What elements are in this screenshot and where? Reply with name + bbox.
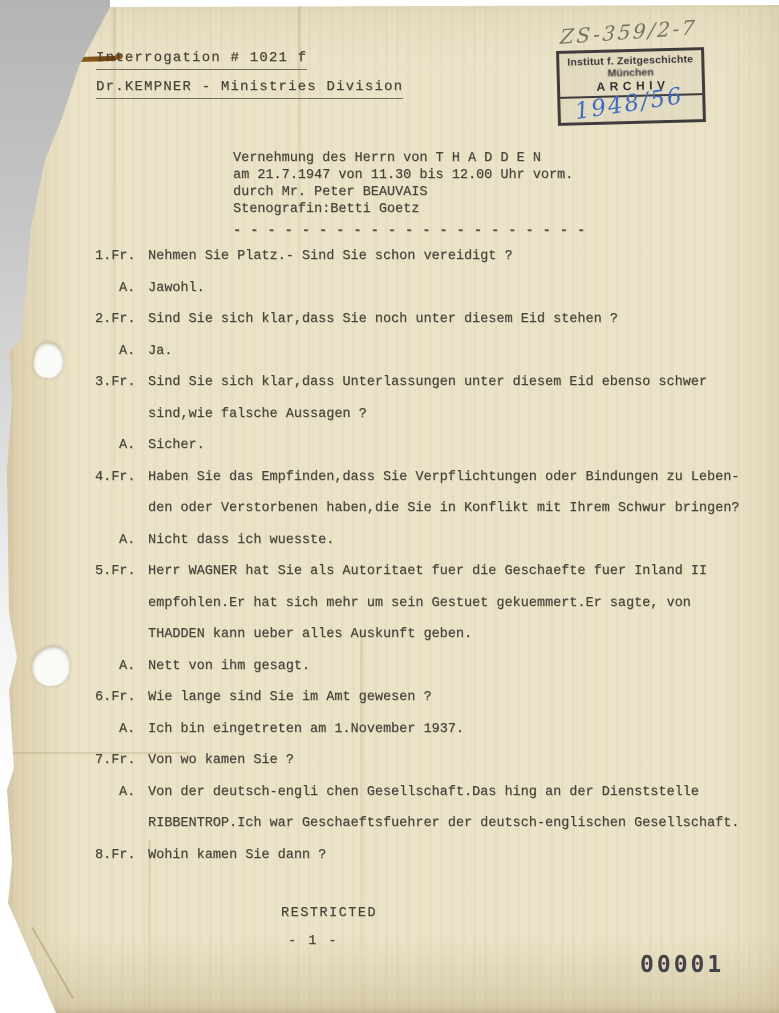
qa-text: Von der deutsch-engli chen Gesellschaft.… bbox=[148, 777, 767, 840]
question-label: 6.Fr. bbox=[95, 682, 148, 714]
qa-line: Herr WAGNER hat Sie als Autoritaet fuer … bbox=[148, 556, 767, 588]
qa-line: den oder Verstorbenen haben,die Sie in K… bbox=[148, 493, 767, 525]
question-label: 1.Fr. bbox=[95, 241, 148, 273]
interrogator-line: Dr.KEMPNER - Ministries Division bbox=[96, 79, 403, 99]
qa-text: Wie lange sind Sie im Amt gewesen ? bbox=[148, 682, 767, 714]
qa-row: A.Jawohl. bbox=[95, 273, 767, 305]
qa-line: Von der deutsch-engli chen Gesellschaft.… bbox=[148, 777, 767, 809]
qa-line: THADDEN kann ueber alles Auskunft geben. bbox=[148, 619, 767, 651]
qa-row: A.Nett von ihm gesagt. bbox=[95, 651, 767, 683]
qa-line: Haben Sie das Empfinden,dass Sie Verpfli… bbox=[148, 462, 767, 494]
qa-row: A.Nicht dass ich wuesste. bbox=[95, 525, 767, 557]
qa-row: A.Ich bin eingetreten am 1.November 1937… bbox=[95, 714, 767, 746]
qa-row: 4.Fr.Haben Sie das Empfinden,dass Sie Ve… bbox=[95, 462, 767, 525]
question-label: 8.Fr. bbox=[95, 840, 148, 872]
session-line: Vernehmung des Herrn von T H A D D E N bbox=[233, 150, 586, 167]
classification-marking: RESTRICTED bbox=[281, 906, 377, 921]
qa-row: 6.Fr.Wie lange sind Sie im Amt gewesen ? bbox=[95, 682, 767, 714]
qa-text: Haben Sie das Empfinden,dass Sie Verpfli… bbox=[148, 462, 767, 525]
qa-line: Von wo kamen Sie ? bbox=[148, 745, 767, 777]
qa-text: Wohin kamen Sie dann ? bbox=[148, 840, 767, 872]
qa-line: empfohlen.Er hat sich mehr um sein Gestu… bbox=[148, 588, 767, 620]
qa-line: Nehmen Sie Platz.- Sind Sie schon vereid… bbox=[148, 241, 767, 273]
qa-line: sind,wie falsche Aussagen ? bbox=[148, 399, 767, 431]
qa-text: Von wo kamen Sie ? bbox=[148, 745, 767, 777]
answer-label: A. bbox=[95, 273, 148, 305]
session-line: Stenografin:Betti Goetz bbox=[233, 201, 586, 218]
qa-row: 8.Fr.Wohin kamen Sie dann ? bbox=[95, 840, 767, 872]
document-header: Interrogation # 1021 f Dr.KEMPNER - Mini… bbox=[96, 50, 403, 99]
question-label: 7.Fr. bbox=[95, 745, 148, 777]
session-block: Vernehmung des Herrn von T H A D D E Nam… bbox=[233, 150, 586, 240]
qa-text: Sind Sie sich klar,dass Sie noch unter d… bbox=[148, 304, 767, 336]
session-lines: Vernehmung des Herrn von T H A D D E Nam… bbox=[233, 150, 586, 218]
qa-line: Sicher. bbox=[148, 430, 767, 462]
qa-row: 1.Fr.Nehmen Sie Platz.- Sind Sie schon v… bbox=[95, 241, 767, 273]
qa-row: A.Von der deutsch-engli chen Gesellschaf… bbox=[95, 777, 767, 840]
qa-text: Nicht dass ich wuesste. bbox=[148, 525, 767, 557]
qa-row: 2.Fr.Sind Sie sich klar,dass Sie noch un… bbox=[95, 304, 767, 336]
qa-text: Ich bin eingetreten am 1.November 1937. bbox=[148, 714, 767, 746]
archive-stamp: Institut f. Zeitgeschichte München ARCHI… bbox=[556, 47, 706, 126]
answer-label: A. bbox=[95, 777, 148, 809]
qa-text: Ja. bbox=[148, 336, 767, 368]
page-number: - 1 - bbox=[288, 934, 339, 949]
qa-text: Nett von ihm gesagt. bbox=[148, 651, 767, 683]
qa-line: Nicht dass ich wuesste. bbox=[148, 525, 767, 557]
answer-label: A. bbox=[95, 714, 148, 746]
qa-text: Herr WAGNER hat Sie als Autoritaet fuer … bbox=[148, 556, 767, 651]
answer-label: A. bbox=[95, 651, 148, 683]
qa-line: Jawohl. bbox=[148, 273, 767, 305]
question-label: 4.Fr. bbox=[95, 462, 148, 494]
question-label: 5.Fr. bbox=[95, 556, 148, 588]
qa-line: Ich bin eingetreten am 1.November 1937. bbox=[148, 714, 767, 746]
qa-line: Ja. bbox=[148, 336, 767, 368]
qa-list: 1.Fr.Nehmen Sie Platz.- Sind Sie schon v… bbox=[95, 241, 767, 871]
question-label: 3.Fr. bbox=[95, 367, 148, 399]
qa-line: Nett von ihm gesagt. bbox=[148, 651, 767, 683]
qa-text: Sind Sie sich klar,dass Unterlassungen u… bbox=[148, 367, 767, 430]
archive-stamp-number-box: 1948/56 bbox=[560, 95, 703, 123]
qa-line: Sind Sie sich klar,dass Unterlassungen u… bbox=[148, 367, 767, 399]
answer-label: A. bbox=[95, 336, 148, 368]
qa-line: Wohin kamen Sie dann ? bbox=[148, 840, 767, 872]
session-line: am 21.7.1947 von 11.30 bis 12.00 Uhr vor… bbox=[233, 167, 586, 184]
qa-line: Wie lange sind Sie im Amt gewesen ? bbox=[148, 682, 767, 714]
qa-row: 5.Fr.Herr WAGNER hat Sie als Autoritaet … bbox=[95, 556, 767, 651]
document-page: Interrogation # 1021 f Dr.KEMPNER - Mini… bbox=[0, 0, 779, 1013]
qa-row: 3.Fr.Sind Sie sich klar,dass Unterlassun… bbox=[95, 367, 767, 430]
qa-text: Sicher. bbox=[148, 430, 767, 462]
qa-row: 7.Fr.Von wo kamen Sie ? bbox=[95, 745, 767, 777]
qa-line: Sind Sie sich klar,dass Sie noch unter d… bbox=[148, 304, 767, 336]
qa-text: Nehmen Sie Platz.- Sind Sie schon vereid… bbox=[148, 241, 767, 273]
qa-row: A.Ja. bbox=[95, 336, 767, 368]
document-title: Interrogation # 1021 f bbox=[96, 50, 307, 70]
answer-label: A. bbox=[95, 430, 148, 462]
answer-label: A. bbox=[95, 525, 148, 557]
qa-row: A.Sicher. bbox=[95, 430, 767, 462]
question-label: 2.Fr. bbox=[95, 304, 148, 336]
qa-line: RIBBENTROP.Ich war Geschaeftsfuehrer der… bbox=[148, 808, 767, 840]
session-line: durch Mr. Peter BEAUVAIS bbox=[233, 184, 586, 201]
qa-text: Jawohl. bbox=[148, 273, 767, 305]
separator-dashes: - - - - - - - - - - - - - - - - - - - - … bbox=[233, 223, 586, 240]
serial-number-stamp: 00001 bbox=[640, 952, 724, 978]
